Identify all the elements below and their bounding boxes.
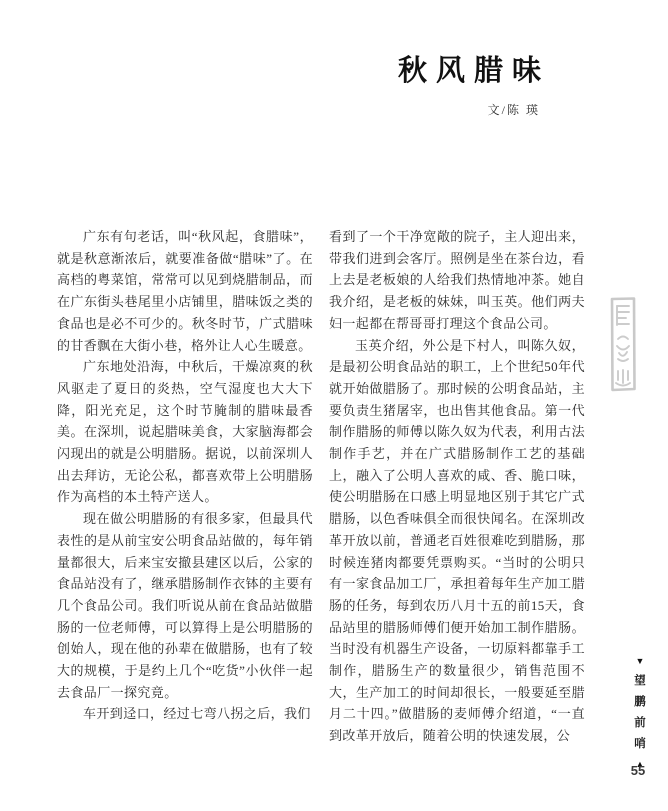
- page-number: 55: [624, 763, 652, 778]
- paragraph: 广东有句老话，叫“秋风起，食腊味”，就是秋意渐浓后，就要准备做“腊味”了。在高档…: [57, 226, 313, 356]
- page-title: 秋风腊味: [398, 56, 550, 88]
- strip-char: 望: [634, 671, 646, 692]
- paragraph: 现在做公明腊肠的有很多家，但最具代表性的是从前宝安公明食品站做的，每年销量都很大…: [57, 508, 313, 703]
- byline: 文/陈 瑛: [398, 101, 540, 118]
- strip-char: 前: [634, 713, 646, 734]
- article-body: 广东有句老话，叫“秋风起，食腊味”，就是秋意渐浓后，就要准备做“腊味”了。在高档…: [57, 226, 585, 747]
- seal-stamp-icon: [608, 295, 638, 393]
- magazine-name-strip: ▼ 望 鹏 前 哨 ▲: [629, 652, 651, 774]
- strip-char: 鹏: [634, 692, 646, 713]
- left-column: 广东有句老话，叫“秋风起，食腊味”，就是秋意渐浓后，就要准备做“腊味”了。在高档…: [57, 226, 313, 747]
- magazine-page: 秋风腊味 文/陈 瑛 广东有句老话，叫“秋风起，食腊味”，就是秋意渐浓后，就要准…: [0, 0, 668, 811]
- title-block: 秋风腊味 文/陈 瑛: [398, 56, 550, 118]
- paragraph: 广东地处沿海，中秋后，干燥凉爽的秋风驱走了夏日的炎热，空气湿度也大大下降，阳光充…: [57, 356, 313, 508]
- right-column: 看到了一个干净宽敞的院子，主人迎出来，带我们进到会客厅。照例是坐在茶台边，看上去…: [329, 226, 585, 747]
- paragraph: 玉英介绍，外公是下村人，叫陈久奴，是最初公明食品站的职工，上个世纪50年代就开始…: [329, 335, 585, 747]
- strip-char: 哨: [634, 734, 646, 755]
- paragraph: 看到了一个干净宽敞的院子，主人迎出来，带我们进到会客厅。照例是坐在茶台边，看上去…: [329, 226, 585, 335]
- paragraph: 车开到迳口，经过七弯八拐之后，我们: [57, 703, 313, 725]
- triangle-down-icon: ▼: [636, 652, 645, 671]
